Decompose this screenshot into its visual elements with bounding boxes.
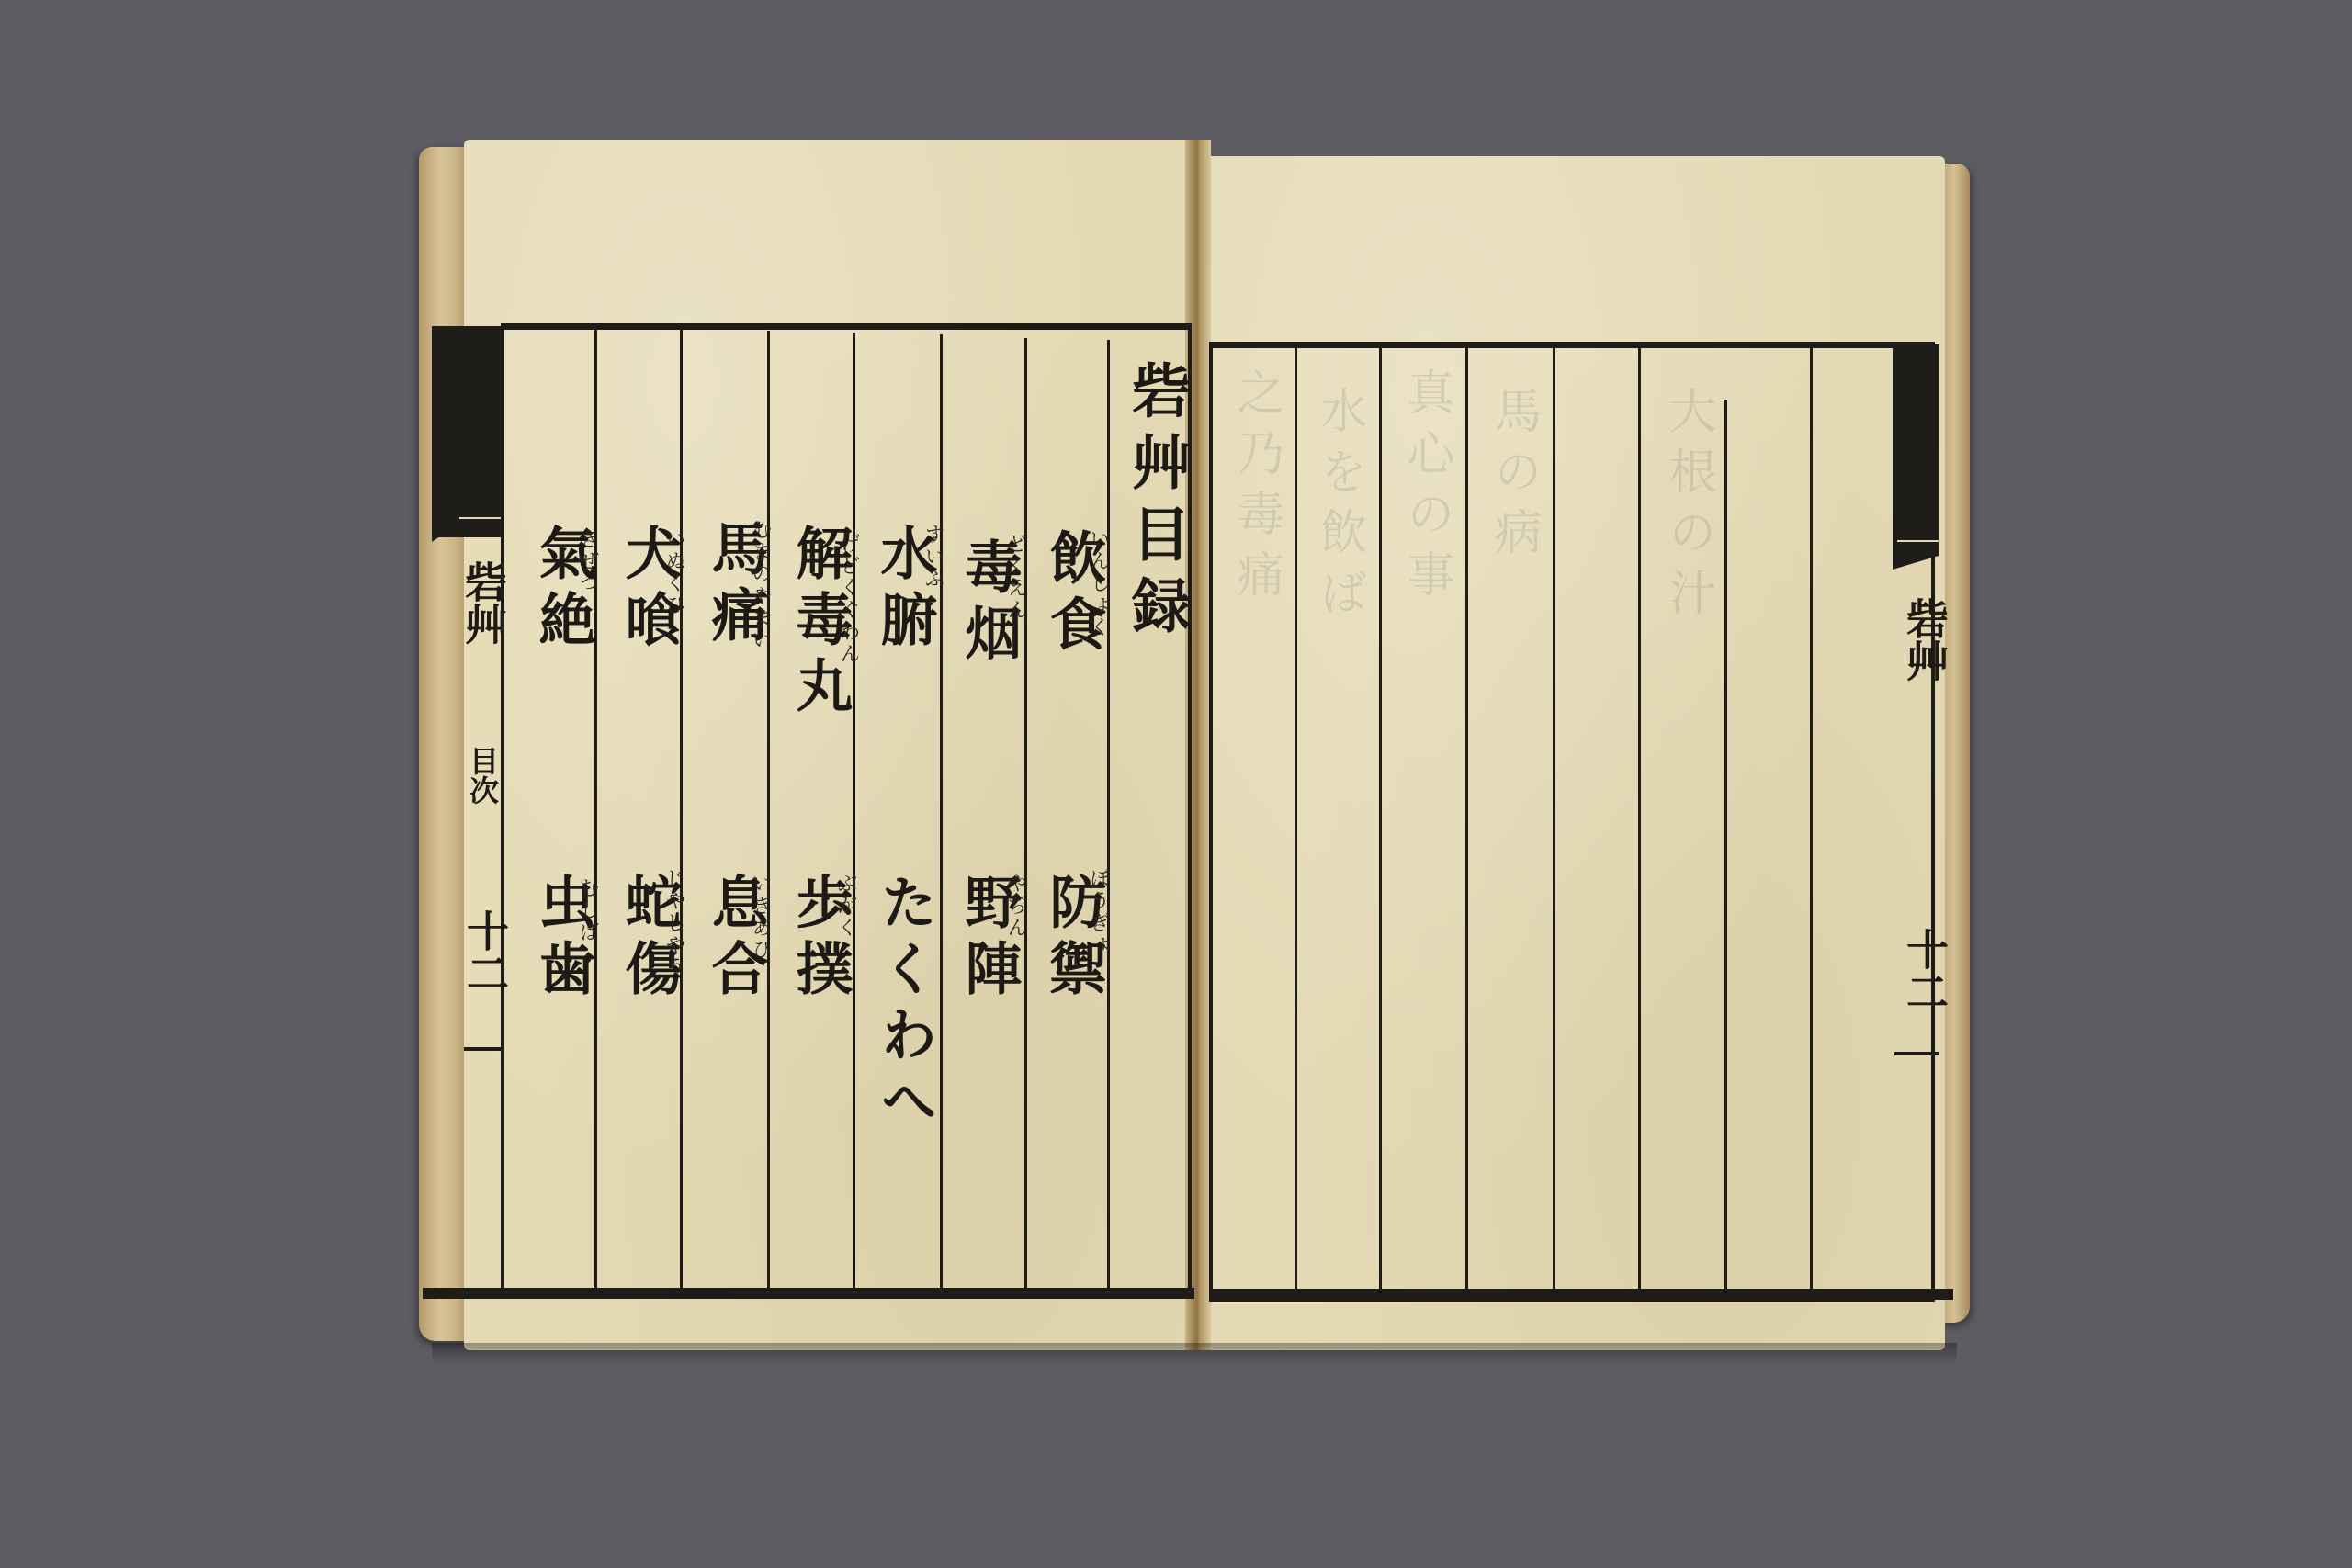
column-rule [1107,340,1110,1293]
toc-furigana: すいふ [919,524,947,590]
column-rule [853,333,855,1293]
toc-title: 砦艸目録 [1114,360,1198,647]
bleed-through-text: 大根の汁 [1654,386,1723,628]
toc-furigana: ぼうぎょ [1084,868,1113,956]
column-rule [1465,347,1468,1293]
column-rule [594,329,597,1293]
book-shadow [432,1343,1957,1363]
toc-furigana: げどくぐわん [834,533,863,665]
bleed-through-text: 馬の病 [1479,386,1548,568]
column-rule [1379,347,1382,1293]
toc-furigana: やぢん [1001,873,1030,939]
left-bottom-rule [423,1288,1194,1299]
toc-furigana: いきあひ [746,873,775,961]
toc-furigana: いんしょく [1084,528,1113,638]
left-hashira-block [432,326,501,537]
left-margin-rule [464,1047,501,1051]
bleed-through-text: 水を飲ば [1305,386,1374,628]
toc-entry: たくわへ [864,873,945,1137]
right-margin-page-number: 十二 [1894,928,1955,1012]
column-rule [1724,400,1727,1293]
right-hashira-notch [1893,537,1948,583]
right-margin-rule [1894,1052,1939,1055]
toc-furigana: いぬくひ [660,528,688,616]
toc-furigana: ぶがく [831,873,860,939]
column-rule [1810,347,1813,1293]
column-rule [1024,338,1027,1293]
right-bottom-rule [1209,1289,1953,1300]
column-rule [1295,347,1297,1293]
toc-furigana: むしば [573,877,602,943]
left-margin-section: 目次 [461,746,503,805]
left-page-frame [501,323,1192,1297]
bleed-through-text: 之乃毒痛 [1222,367,1291,610]
toc-furigana: じやしやう [660,868,688,978]
column-rule [1553,347,1555,1293]
right-margin-title: 砦艸 [1894,597,1955,682]
column-rule [767,331,770,1293]
toc-furigana: きぜつ [573,528,602,594]
toc-furigana: むまのやまい [746,519,775,651]
right-hashira-block [1893,344,1939,551]
column-rule [1638,347,1641,1293]
column-rule [680,329,683,1293]
bleed-through-text: 真心の事 [1392,367,1461,610]
toc-furigana: どくえん [1001,533,1030,621]
column-rule [940,334,943,1293]
